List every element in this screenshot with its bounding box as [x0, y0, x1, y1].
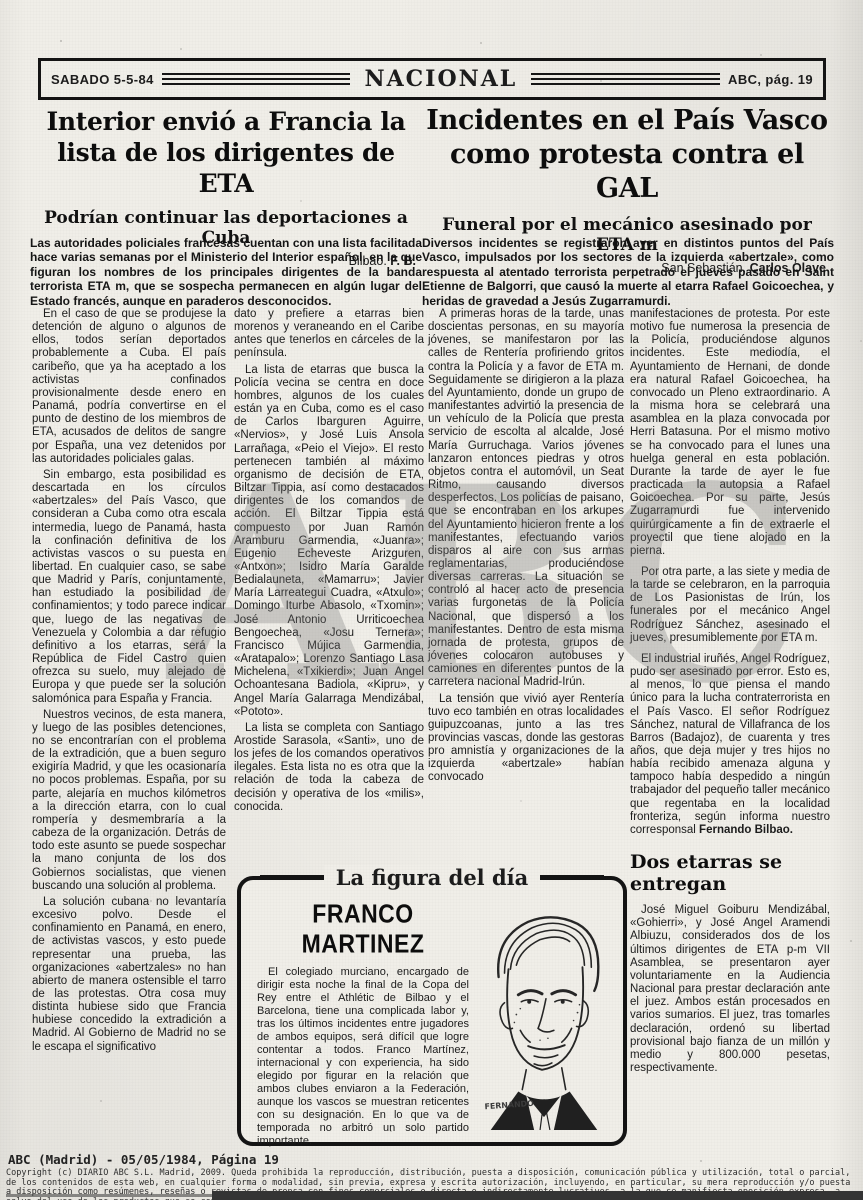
article-paragraph: La lista de etarras que busca la Policía… — [234, 364, 424, 719]
figura-content: FRANCO MARTINEZ El colegiado murciano, e… — [241, 880, 623, 1154]
article-paragraph: En el caso de que se produjese la detenc… — [32, 308, 226, 466]
correspondent-name: Fernando Bilbao. — [699, 824, 793, 836]
scan-speckles — [60, 40, 62, 42]
column-4: manifestaciones de protesta. Por este mo… — [630, 308, 830, 1083]
article-paragraph: Nuestros vecinos, de esta manera, y lueg… — [32, 709, 226, 893]
masthead-bar: SABADO 5-5-84 NACIONAL ABC, pág. 19 — [38, 58, 826, 100]
inner-headline-dos-etarras: Dos etarras se entregan — [630, 851, 830, 895]
masthead-page-ref: ABC, pág. 19 — [728, 72, 813, 87]
figura-person-name: FRANCO MARTINEZ — [257, 899, 469, 959]
archive-source-line: ABC (Madrid) - 05/05/1984, Página 19 — [8, 1152, 279, 1167]
paragraph-text: El industrial iruñés, Angel Rodríguez, p… — [630, 653, 830, 836]
article-paragraph: manifestaciones de protesta. Por este mo… — [630, 308, 830, 558]
figura-text-column: FRANCO MARTINEZ El colegiado murciano, e… — [257, 900, 469, 1148]
left-article-lead: Las autoridades policiales francesas cue… — [30, 236, 422, 308]
article-paragraph: Por otra parte, a las siete y media de l… — [630, 566, 830, 645]
column-3: A primeras horas de la tarde, unas dosci… — [428, 308, 624, 788]
section-title: NACIONAL — [358, 66, 523, 92]
article-paragraph: La tensión que vivió ayer Rentería tuvo … — [428, 693, 624, 785]
article-paragraph: El industrial iruñés, Angel Rodríguez, p… — [630, 653, 830, 837]
figura-label-row: La figura del día — [241, 865, 623, 890]
masthead-rule-right — [531, 73, 720, 85]
right-article-headline: Incidentes en el País Vasco como protest… — [422, 104, 832, 206]
article-paragraph: A primeras horas de la tarde, unas dosci… — [428, 308, 624, 690]
article-paragraph: La lista se completa con Santiago Arosti… — [234, 722, 424, 814]
article-paragraph: La solución cubana no levantaría excesiv… — [32, 896, 226, 1054]
article-paragraph: José Miguel Goiburu Mendizábal, «Gohierr… — [630, 904, 830, 1075]
column-2: dato y prefiere a etarras bien morenos y… — [234, 308, 424, 817]
scan-edge-bar — [212, 1191, 863, 1200]
masthead-rule-left — [162, 73, 351, 85]
masthead-date: SABADO 5-5-84 — [51, 72, 154, 87]
article-paragraph: dato y prefiere a etarras bien morenos y… — [234, 308, 424, 361]
left-article-headline: Interior envió a Francia la lista de los… — [30, 106, 422, 199]
figura-body-text: El colegiado murciano, encargado de diri… — [257, 966, 469, 1148]
newspaper-page: SABADO 5-5-84 NACIONAL ABC, pág. 19 Inte… — [0, 0, 863, 1200]
portrait-sketch-icon: FERNANDO — [469, 908, 617, 1130]
label-rule-right — [540, 875, 604, 880]
column-1: En el caso de que se produjese la detenc… — [32, 308, 226, 1057]
figura-del-dia-box: La figura del día FRANCO MARTINEZ El col… — [237, 876, 627, 1146]
referee-portrait-illustration: FERNANDO — [469, 900, 617, 1148]
figura-label: La figura del día — [324, 865, 541, 890]
right-article-lead: Diversos incidentes se registraron ayer … — [422, 236, 834, 308]
label-rule-left — [260, 875, 324, 880]
article-paragraph: Sin embargo, esta posibilidad es descart… — [32, 469, 226, 706]
